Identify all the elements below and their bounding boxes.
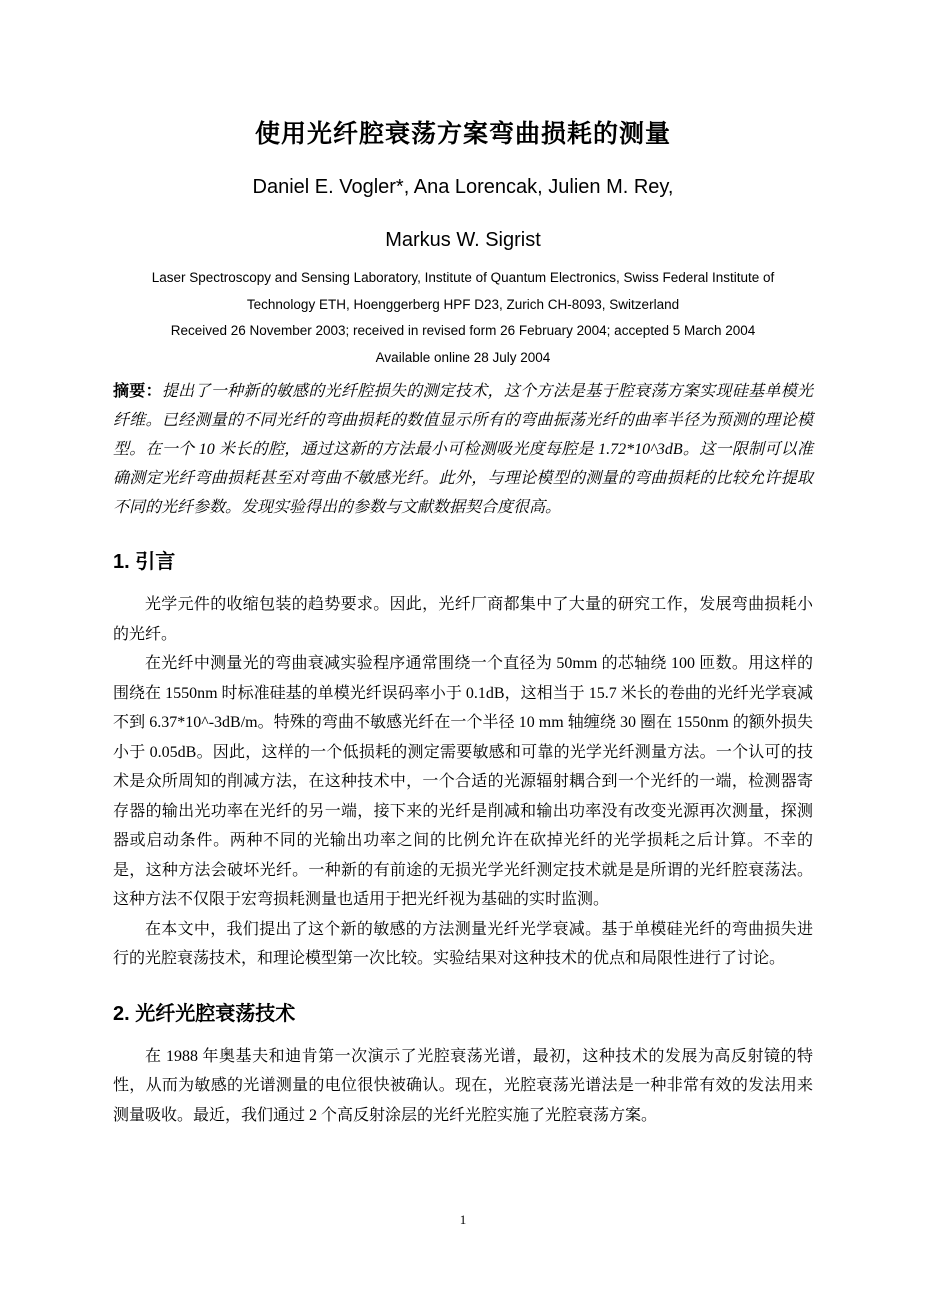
- page-number: 1: [0, 1212, 926, 1228]
- body-paragraph: 在本文中，我们提出了这个新的敏感的方法测量光纤光学衰减。基于单模硅光纤的弯曲损失…: [113, 915, 813, 974]
- abstract-label: 摘要：: [113, 383, 162, 400]
- sections-container: 1. 引言光学元件的收缩包装的趋势要求。因此，光纤厂商都集中了大量的研究工作，发…: [113, 549, 813, 1130]
- abstract: 摘要：提出了一种新的敏感的光纤腔损失的测定技术，这个方法是基于腔衰荡方案实现硅基…: [113, 377, 813, 522]
- body-paragraph: 在光纤中测量光的弯曲衰减实验程序通常围绕一个直径为 50mm 的芯轴绕 100 …: [113, 649, 813, 915]
- paper-title: 使用光纤腔衰荡方案弯曲损耗的测量: [113, 118, 813, 150]
- body-paragraph: 光学元件的收缩包装的趋势要求。因此，光纤厂商都集中了大量的研究工作，发展弯曲损耗…: [113, 590, 813, 649]
- authors-line-2: Markus W. Sigrist: [113, 227, 813, 253]
- authors-line-1: Daniel E. Vogler*, Ana Lorencak, Julien …: [113, 174, 813, 200]
- section-heading: 1. 引言: [113, 549, 813, 575]
- document-page: 使用光纤腔衰荡方案弯曲损耗的测量 Daniel E. Vogler*, Ana …: [0, 0, 926, 1309]
- available-online: Available online 28 July 2004: [113, 345, 813, 372]
- affiliation-line-2: Technology ETH, Hoenggerberg HPF D23, Zu…: [113, 292, 813, 319]
- meta-block: Laser Spectroscopy and Sensing Laborator…: [113, 265, 813, 371]
- section-heading: 2. 光纤光腔衰荡技术: [113, 1001, 813, 1027]
- affiliation-line-1: Laser Spectroscopy and Sensing Laborator…: [113, 265, 813, 292]
- abstract-text: 提出了一种新的敏感的光纤腔损失的测定技术，这个方法是基于腔衰荡方案实现硅基单模光…: [113, 383, 813, 516]
- received-dates: Received 26 November 2003; received in r…: [113, 318, 813, 345]
- body-paragraph: 在 1988 年奥基夫和迪肯第一次演示了光腔衰荡光谱，最初，这种技术的发展为高反…: [113, 1042, 813, 1131]
